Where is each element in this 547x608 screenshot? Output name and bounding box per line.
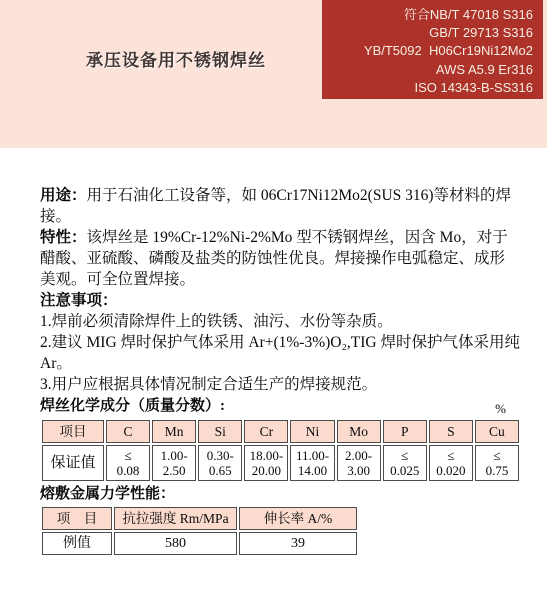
chem-table-caption-text: 焊丝化学成分（质量分数）: [40, 398, 225, 414]
feature-paragraph: 特性：该焊丝是 19%Cr-12%Ni-2%Mo 型不锈钢焊丝，因含 Mo，对于… [40, 227, 520, 290]
mech-header-row: 项 目 抗拉强度 Rm/MPa 伸长率 A/% [42, 507, 357, 530]
chem-header-mo: Mo [337, 420, 381, 443]
usage-label: 用途： [40, 187, 87, 204]
chem-value-row: 保证值 ≤ 0.08 1.00- 2.50 0.30- 0.65 18.00- … [42, 445, 519, 481]
usage-paragraph: 用途：用于石油化工设备等，如 06Cr17Ni12Mo2(SUS 316)等材料… [40, 185, 520, 227]
chem-header-p: P [383, 420, 427, 443]
standard-line-5: ISO 14343-B-SS316 [322, 79, 533, 97]
mechanical-properties-table: 项 目 抗拉强度 Rm/MPa 伸长率 A/% 例值 580 39 [40, 505, 359, 557]
standards-box: 符合NB/T 47018 S316 GB/T 29713 S316 YB/T50… [322, 0, 543, 99]
chem-header-c: C [106, 420, 150, 443]
chem-header-s: S [429, 420, 473, 443]
chem-header-ni: Ni [290, 420, 334, 443]
chem-value-c: ≤ 0.08 [106, 445, 150, 481]
header-band: 承压设备用不锈钢焊丝 符合NB/T 47018 S316 GB/T 29713 … [0, 0, 547, 148]
standard-line-1: 符合NB/T 47018 S316 [322, 6, 533, 24]
standard-line-2: GB/T 29713 S316 [322, 24, 533, 42]
product-sheet-page: 承压设备用不锈钢焊丝 符合NB/T 47018 S316 GB/T 29713 … [0, 0, 547, 608]
chem-table-unit: % [495, 399, 506, 418]
chem-value-p: ≤ 0.025 [383, 445, 427, 481]
chem-table-caption: % 焊丝化学成分（质量分数）: [40, 397, 520, 416]
chem-row-label: 保证值 [42, 445, 104, 481]
note-item-1: 1.焊前必须清除焊件上的铁锈、油污、水份等杂质。 [40, 311, 520, 332]
mech-header-item: 项 目 [42, 507, 112, 530]
note-item-3: 3.用户应根据具体情况制定合适生产的焊接规范。 [40, 374, 520, 395]
chem-header-si: Si [198, 420, 242, 443]
chem-value-s: ≤ 0.020 [429, 445, 473, 481]
feature-label: 特性： [40, 229, 87, 246]
standard-line-4: AWS A5.9 Er316 [322, 61, 533, 79]
chem-value-mn: 1.00- 2.50 [152, 445, 196, 481]
feature-text: 该焊丝是 19%Cr-12%Ni-2%Mo 型不锈钢焊丝，因含 Mo，对于醋酸、… [40, 229, 508, 288]
mech-table-caption: 熔敷金属力学性能： [40, 485, 520, 504]
notes-heading: 注意事项： [40, 290, 520, 311]
note-item-2: 2.建议 MIG 焊时保护气体采用 Ar+(1%-3%)O₂,TIG 焊时保护气… [40, 332, 520, 374]
page-title: 承压设备用不锈钢焊丝 [86, 46, 266, 71]
chem-header-row: 项目 C Mn Si Cr Ni Mo P S Cu [42, 420, 519, 443]
chem-value-si: 0.30- 0.65 [198, 445, 242, 481]
usage-text: 用于石油化工设备等，如 06Cr17Ni12Mo2(SUS 316)等材料的焊接… [40, 187, 511, 225]
mech-row-label: 例值 [42, 532, 112, 555]
content-area: 用途：用于石油化工设备等，如 06Cr17Ni12Mo2(SUS 316)等材料… [40, 185, 520, 557]
chem-header-mn: Mn [152, 420, 196, 443]
standard-line-3: YB/T5092 H06Cr19Ni12Mo2 [322, 42, 533, 60]
mech-value-tensile: 580 [114, 532, 237, 555]
chem-value-ni: 11.00- 14.00 [290, 445, 334, 481]
chem-header-cr: Cr [244, 420, 288, 443]
mech-value-row: 例值 580 39 [42, 532, 357, 555]
chem-header-cu: Cu [475, 420, 519, 443]
chem-value-cu: ≤ 0.75 [475, 445, 519, 481]
mech-header-tensile: 抗拉强度 Rm/MPa [114, 507, 237, 530]
chem-value-mo: 2.00- 3.00 [337, 445, 381, 481]
chem-header-item: 项目 [42, 420, 104, 443]
chem-composition-table: 项目 C Mn Si Cr Ni Mo P S Cu 保证值 ≤ 0.08 1.… [40, 418, 521, 483]
mech-header-elongation: 伸长率 A/% [239, 507, 357, 530]
mech-value-elongation: 39 [239, 532, 357, 555]
chem-value-cr: 18.00- 20.00 [244, 445, 288, 481]
